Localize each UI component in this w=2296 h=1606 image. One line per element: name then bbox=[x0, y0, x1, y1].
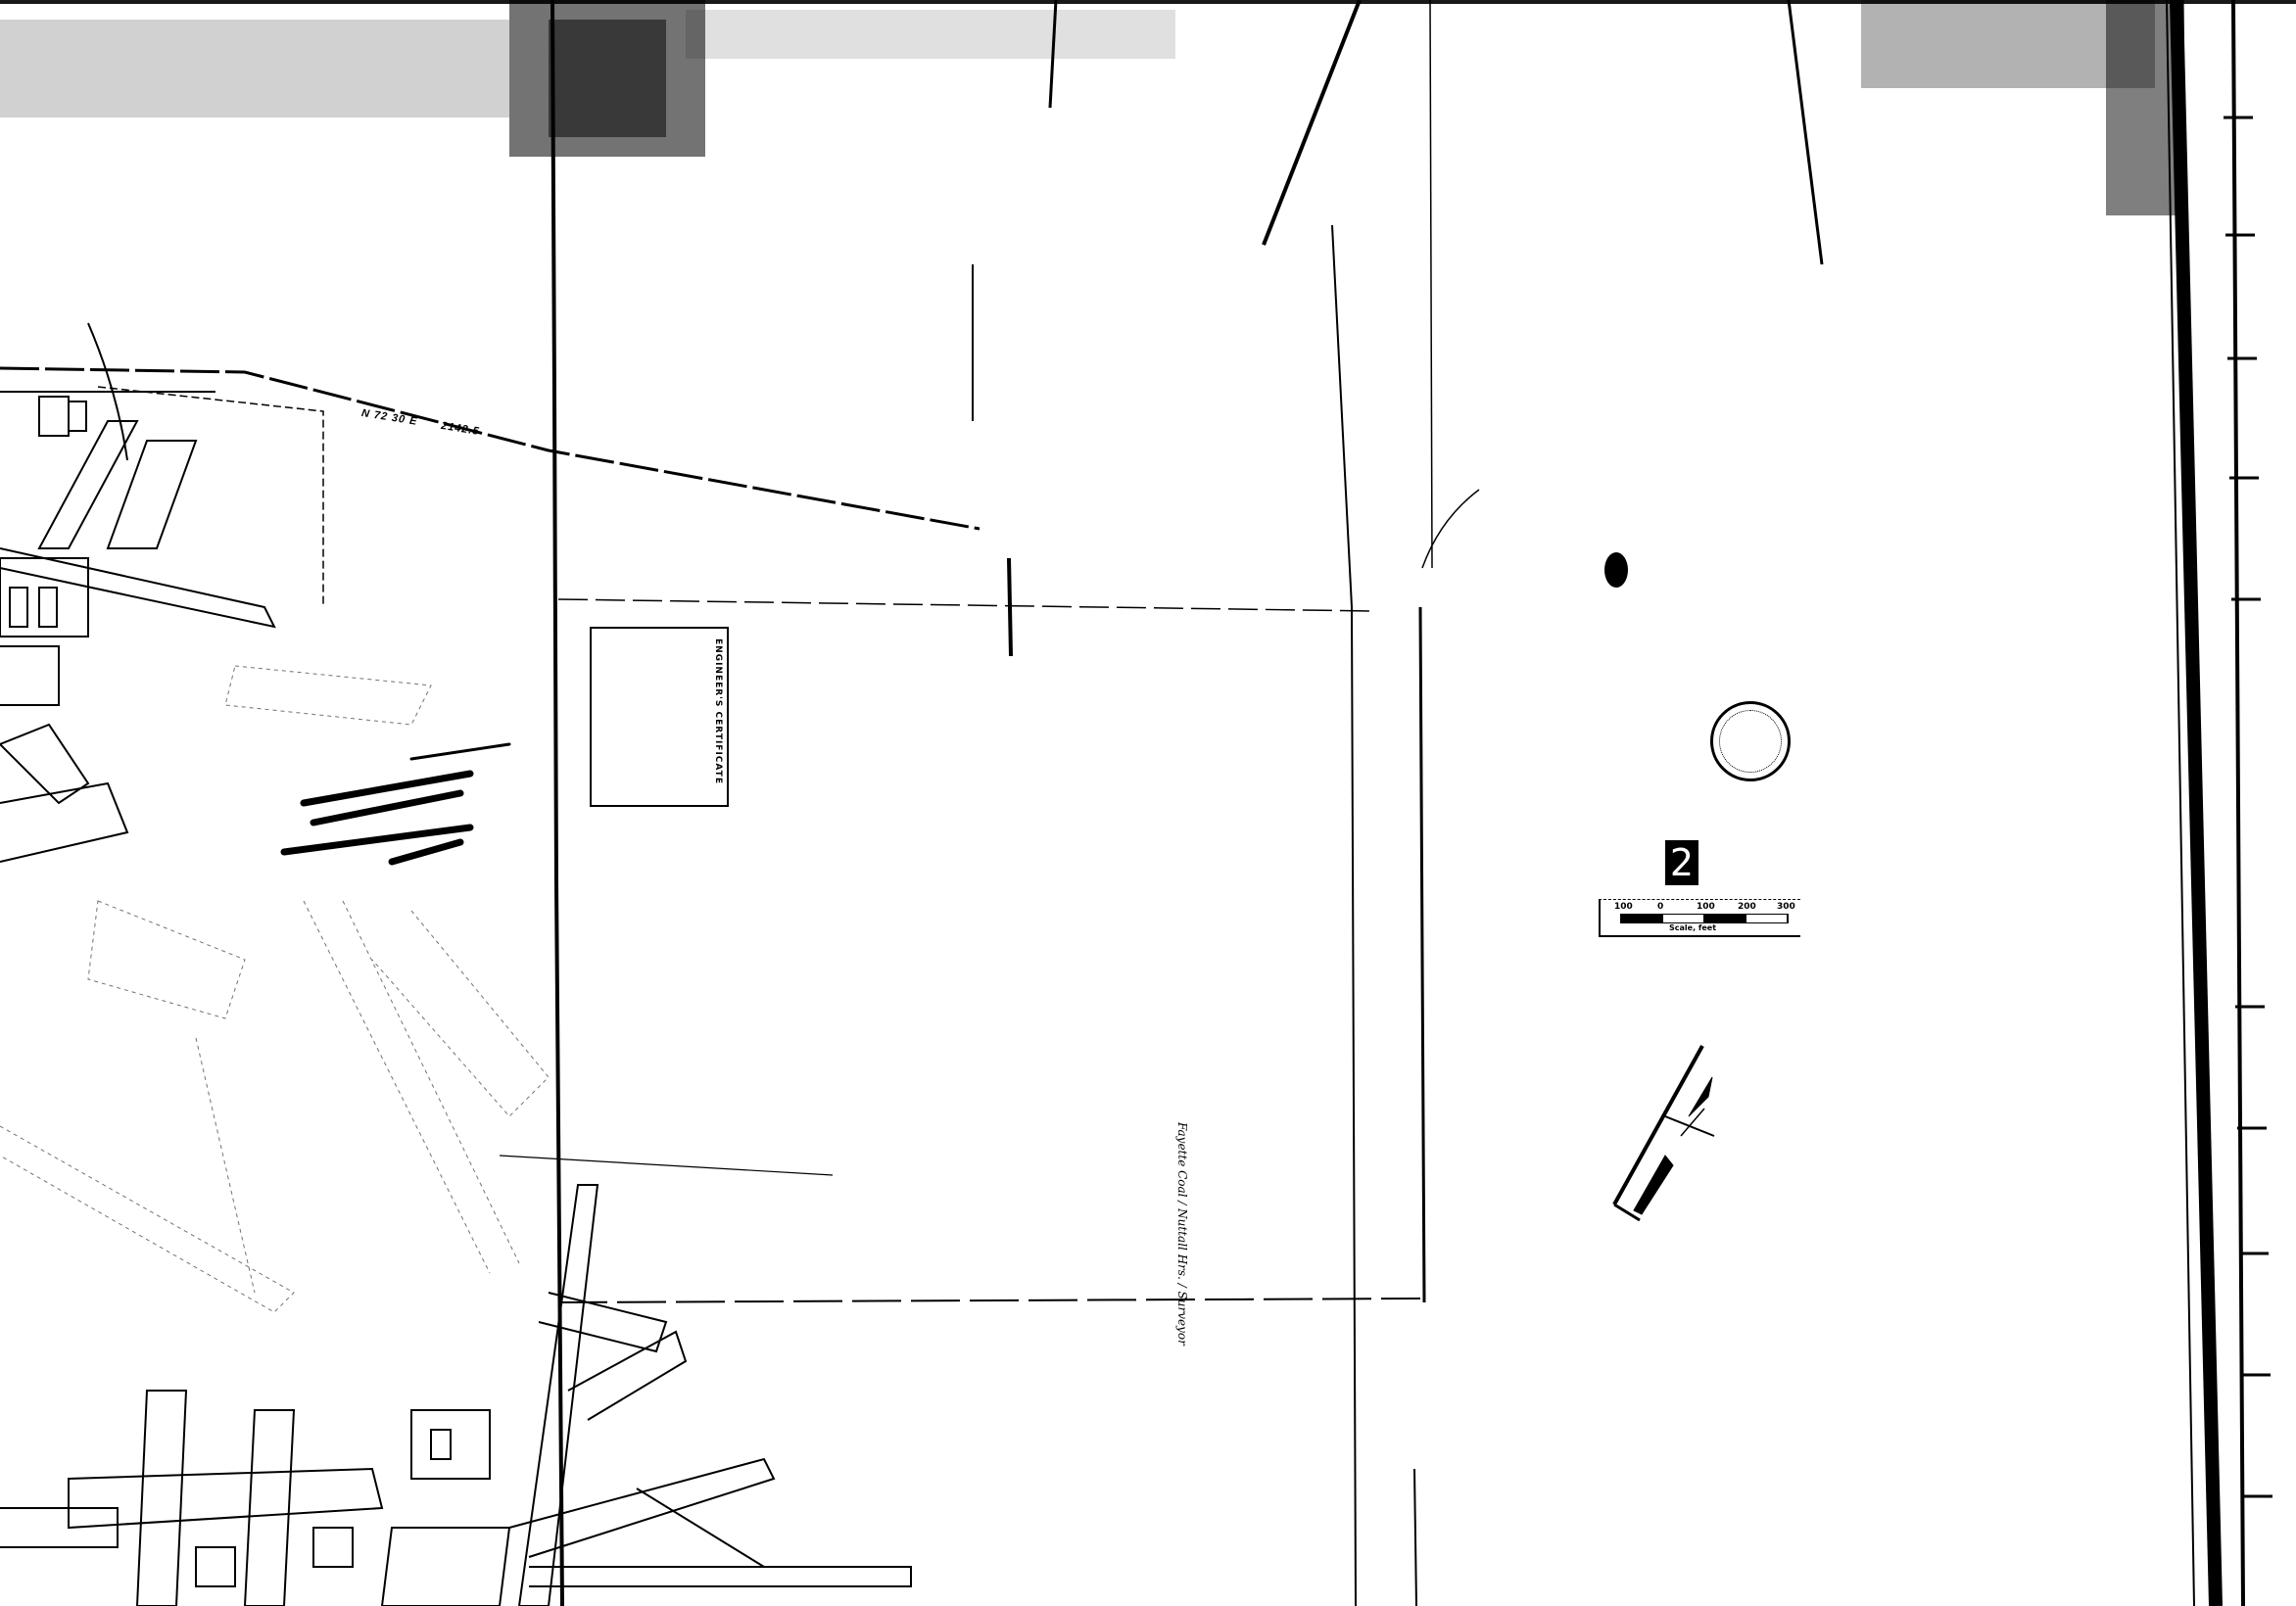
faint-street-outlines bbox=[0, 666, 549, 1312]
survey-map-canvas bbox=[0, 0, 2296, 1606]
scale-tick: 0 bbox=[1657, 902, 1663, 912]
engineer-seal-icon bbox=[1710, 701, 1791, 781]
ink-scribbles bbox=[284, 744, 509, 862]
property-lines bbox=[552, 0, 1822, 1606]
scale-bar: 100 0 100 200 300 Scale, feet bbox=[1599, 899, 1800, 937]
engineers-certificate-box: ENGINEER'S CERTIFICATE bbox=[590, 627, 729, 807]
scale-bar-segments bbox=[1620, 914, 1789, 923]
north-arrow-icon bbox=[1614, 1046, 1714, 1220]
sheet-number-badge: 2 bbox=[1665, 840, 1698, 885]
certificate-title: ENGINEER'S CERTIFICATE bbox=[713, 638, 723, 784]
town-grid-north bbox=[0, 323, 274, 862]
scale-tick: 300 bbox=[1777, 902, 1795, 912]
scale-tick: 200 bbox=[1738, 902, 1756, 912]
baseline-bearing-line bbox=[0, 368, 1420, 1302]
town-grid-south bbox=[0, 1185, 911, 1606]
scale-tick: 100 bbox=[1614, 902, 1633, 912]
scan-noise-top bbox=[0, 0, 2296, 215]
ink-blot bbox=[1604, 552, 1628, 588]
sheet-border-right bbox=[2167, 0, 2272, 1606]
scale-tick: 100 bbox=[1697, 902, 1715, 912]
handwritten-note: Fayette Coal / Nuttall Hrs. / Surveyor bbox=[1172, 1122, 1193, 1346]
scale-caption: Scale, feet bbox=[1669, 923, 1716, 932]
